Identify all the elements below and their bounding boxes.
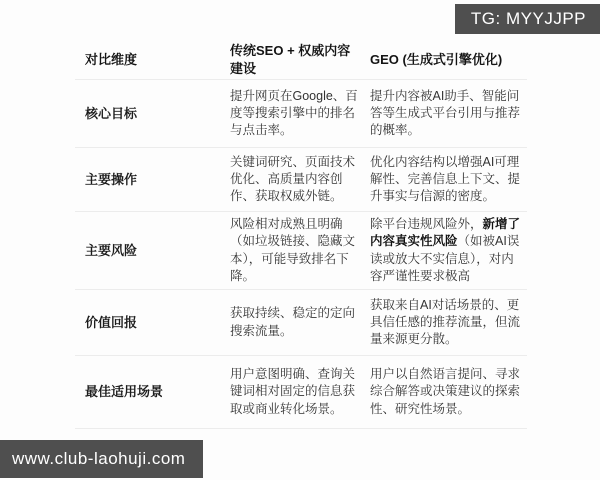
telegram-handle-text: TG: MYYJJPP bbox=[471, 9, 586, 29]
geo-cell: 获取来自AI对话场景的、更具信任感的推荐流量，但流量来源更分散。 bbox=[367, 297, 527, 349]
website-url-text: www.club-laohuji.com bbox=[12, 449, 185, 469]
table-row-best-use-cases: 最佳适用场景 用户意图明确、查询关键词相对固定的信息获取或商业转化场景。 用户以… bbox=[75, 356, 527, 429]
column-header-dimension: 对比维度 bbox=[75, 51, 225, 69]
seo-cell: 用户意图明确、查询关键词相对固定的信息获取或商业转化场景。 bbox=[225, 366, 367, 418]
row-label: 主要操作 bbox=[75, 171, 225, 189]
geo-cell: 除平台违规风险外，新增了内容真实性风险（如被AI误读或放大不实信息），对内容严谨… bbox=[367, 216, 527, 285]
table-row-main-operations: 主要操作 关键词研究、页面技术优化、高质量内容创作、获取权威外链。 优化内容结构… bbox=[75, 148, 527, 212]
table-row-value-return: 价值回报 获取持续、稳定的定向搜索流量。 获取来自AI对话场景的、更具信任感的推… bbox=[75, 290, 527, 356]
row-label: 最佳适用场景 bbox=[75, 383, 225, 401]
table-row-core-goal: 核心目标 提升网页在Google、百度等搜索引擎中的排名与点击率。 提升内容被A… bbox=[75, 80, 527, 148]
geo-cell: 用户以自然语言提问、寻求综合解答或决策建议的探索性、研究性场景。 bbox=[367, 366, 527, 418]
seo-cell: 获取持续、稳定的定向搜索流量。 bbox=[225, 305, 367, 340]
row-label: 核心目标 bbox=[75, 105, 225, 123]
seo-cell: 提升网页在Google、百度等搜索引擎中的排名与点击率。 bbox=[225, 88, 367, 140]
table-header-row: 对比维度 传统SEO + 权威内容建设 GEO (生成式引擎优化) bbox=[75, 40, 527, 80]
geo-cell: 提升内容被AI助手、智能问答等生成式平台引用与推荐的概率。 bbox=[367, 88, 527, 140]
website-watermark-badge: www.club-laohuji.com bbox=[0, 440, 203, 478]
seo-cell: 风险相对成熟且明确（如垃圾链接、隐藏文本），可能导致排名下降。 bbox=[225, 216, 367, 285]
row-label: 价值回报 bbox=[75, 314, 225, 332]
screenshot-canvas: TG: MYYJJPP 对比维度 传统SEO + 权威内容建设 GEO (生成式… bbox=[0, 0, 600, 480]
column-header-geo: GEO (生成式引擎优化) bbox=[367, 51, 527, 69]
table-row-main-risks: 主要风险 风险相对成熟且明确（如垃圾链接、隐藏文本），可能导致排名下降。 除平台… bbox=[75, 212, 527, 290]
column-header-traditional-seo: 传统SEO + 权威内容建设 bbox=[225, 42, 367, 78]
geo-cell: 优化内容结构以增强AI可理解性、完善信息上下文、提升事实与信源的密度。 bbox=[367, 154, 527, 206]
seo-cell: 关键词研究、页面技术优化、高质量内容创作、获取权威外链。 bbox=[225, 154, 367, 206]
row-label: 主要风险 bbox=[75, 242, 225, 260]
seo-vs-geo-comparison-table: 对比维度 传统SEO + 权威内容建设 GEO (生成式引擎优化) 核心目标 提… bbox=[75, 40, 527, 429]
geo-risk-prefix: 除平台违规风险外， bbox=[370, 217, 483, 231]
telegram-watermark-badge: TG: MYYJJPP bbox=[455, 4, 600, 34]
